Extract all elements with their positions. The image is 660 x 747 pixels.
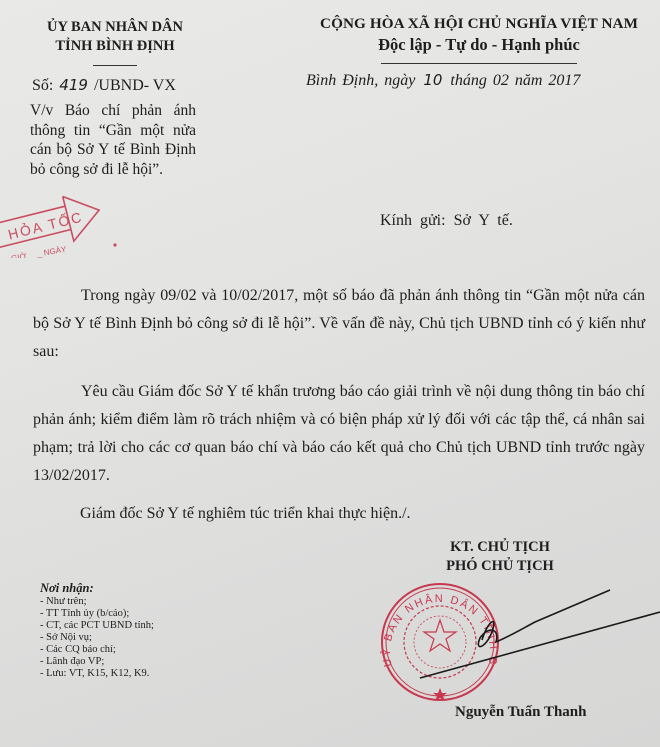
- org-line-1: ỦY BAN NHÂN DÂN: [20, 18, 210, 37]
- svg-text:GIỜ ___ NGÀY: GIỜ ___ NGÀY: [10, 245, 67, 258]
- official-seal: UỶ BAN NHÂN DÂN TỈNH BÌNH ĐỊNH: [370, 570, 660, 715]
- recipients-list: Nơi nhận: - Như trên; - TT Tỉnh ủy (b/cá…: [40, 582, 154, 680]
- salutation: Kính gửi: Sở Y tế.: [380, 212, 513, 230]
- recipient-item: - Các CQ báo chí;: [40, 644, 154, 656]
- urgent-stamp: HỎA TỐC GIỜ ___ NGÀY: [0, 188, 142, 263]
- org-line-2: TỈNH BÌNH ĐỊNH: [20, 37, 210, 56]
- recipient-item: - Lãnh đạo VP;: [40, 656, 154, 668]
- recipient-item: - Lưu: VT, K15, K12, K9.: [40, 668, 154, 680]
- national-motto: Độc lập - Tự do - Hạnh phúc: [320, 35, 638, 55]
- doc-number-suffix: /UBND- VX: [94, 77, 176, 94]
- document-number: Số:419/UBND- VX: [32, 76, 176, 95]
- signer-name: Nguyễn Tuấn Thanh: [455, 704, 586, 721]
- urgent-stamp-icon: HỎA TỐC GIỜ ___ NGÀY: [0, 188, 142, 258]
- recipient-item: - TT Tỉnh ủy (b/cáo);: [40, 608, 154, 620]
- doc-number-label: Số:: [32, 77, 53, 94]
- body-paragraph-1: Trong ngày 09/02 và 10/02/2017, một số b…: [33, 282, 645, 366]
- seal-and-signature-icon: UỶ BAN NHÂN DÂN TỈNH BÌNH ĐỊNH: [370, 570, 660, 710]
- date-day-handwritten: 10: [423, 71, 442, 89]
- divider: [381, 63, 577, 64]
- recipient-item: - Như trên;: [40, 596, 154, 608]
- body-paragraph-2: Yêu cầu Giám đốc Sở Y tế khẩn trương báo…: [33, 378, 645, 490]
- body-paragraph-3: Giám đốc Sở Y tế nghiêm túc triển khai t…: [80, 500, 411, 528]
- doc-number-handwritten: 419: [59, 76, 88, 94]
- date-line: Bình Định, ngày10tháng 02 năm 2017: [306, 71, 580, 90]
- national-header: CỘNG HÒA XÃ HỘI CHỦ NGHĨA VIỆT NAM Độc l…: [320, 15, 638, 64]
- recipients-title: Nơi nhận:: [40, 582, 154, 594]
- divider: [93, 65, 137, 66]
- date-prefix: Bình Định, ngày: [306, 72, 415, 89]
- date-suffix: tháng 02 năm 2017: [450, 72, 580, 89]
- recipient-item: - Sở Nội vụ;: [40, 632, 154, 644]
- national-title: CỘNG HÒA XÃ HỘI CHỦ NGHĨA VIỆT NAM: [320, 15, 638, 33]
- issuing-authority: ỦY BAN NHÂN DÂN TỈNH BÌNH ĐỊNH: [20, 18, 210, 66]
- signature-title-1: KT. CHỦ TỊCH: [420, 538, 580, 557]
- recipient-item: - CT, các PCT UBND tỉnh;: [40, 620, 154, 632]
- document-subject: V/v Báo chí phản ánh thông tin “Gần một …: [30, 101, 196, 179]
